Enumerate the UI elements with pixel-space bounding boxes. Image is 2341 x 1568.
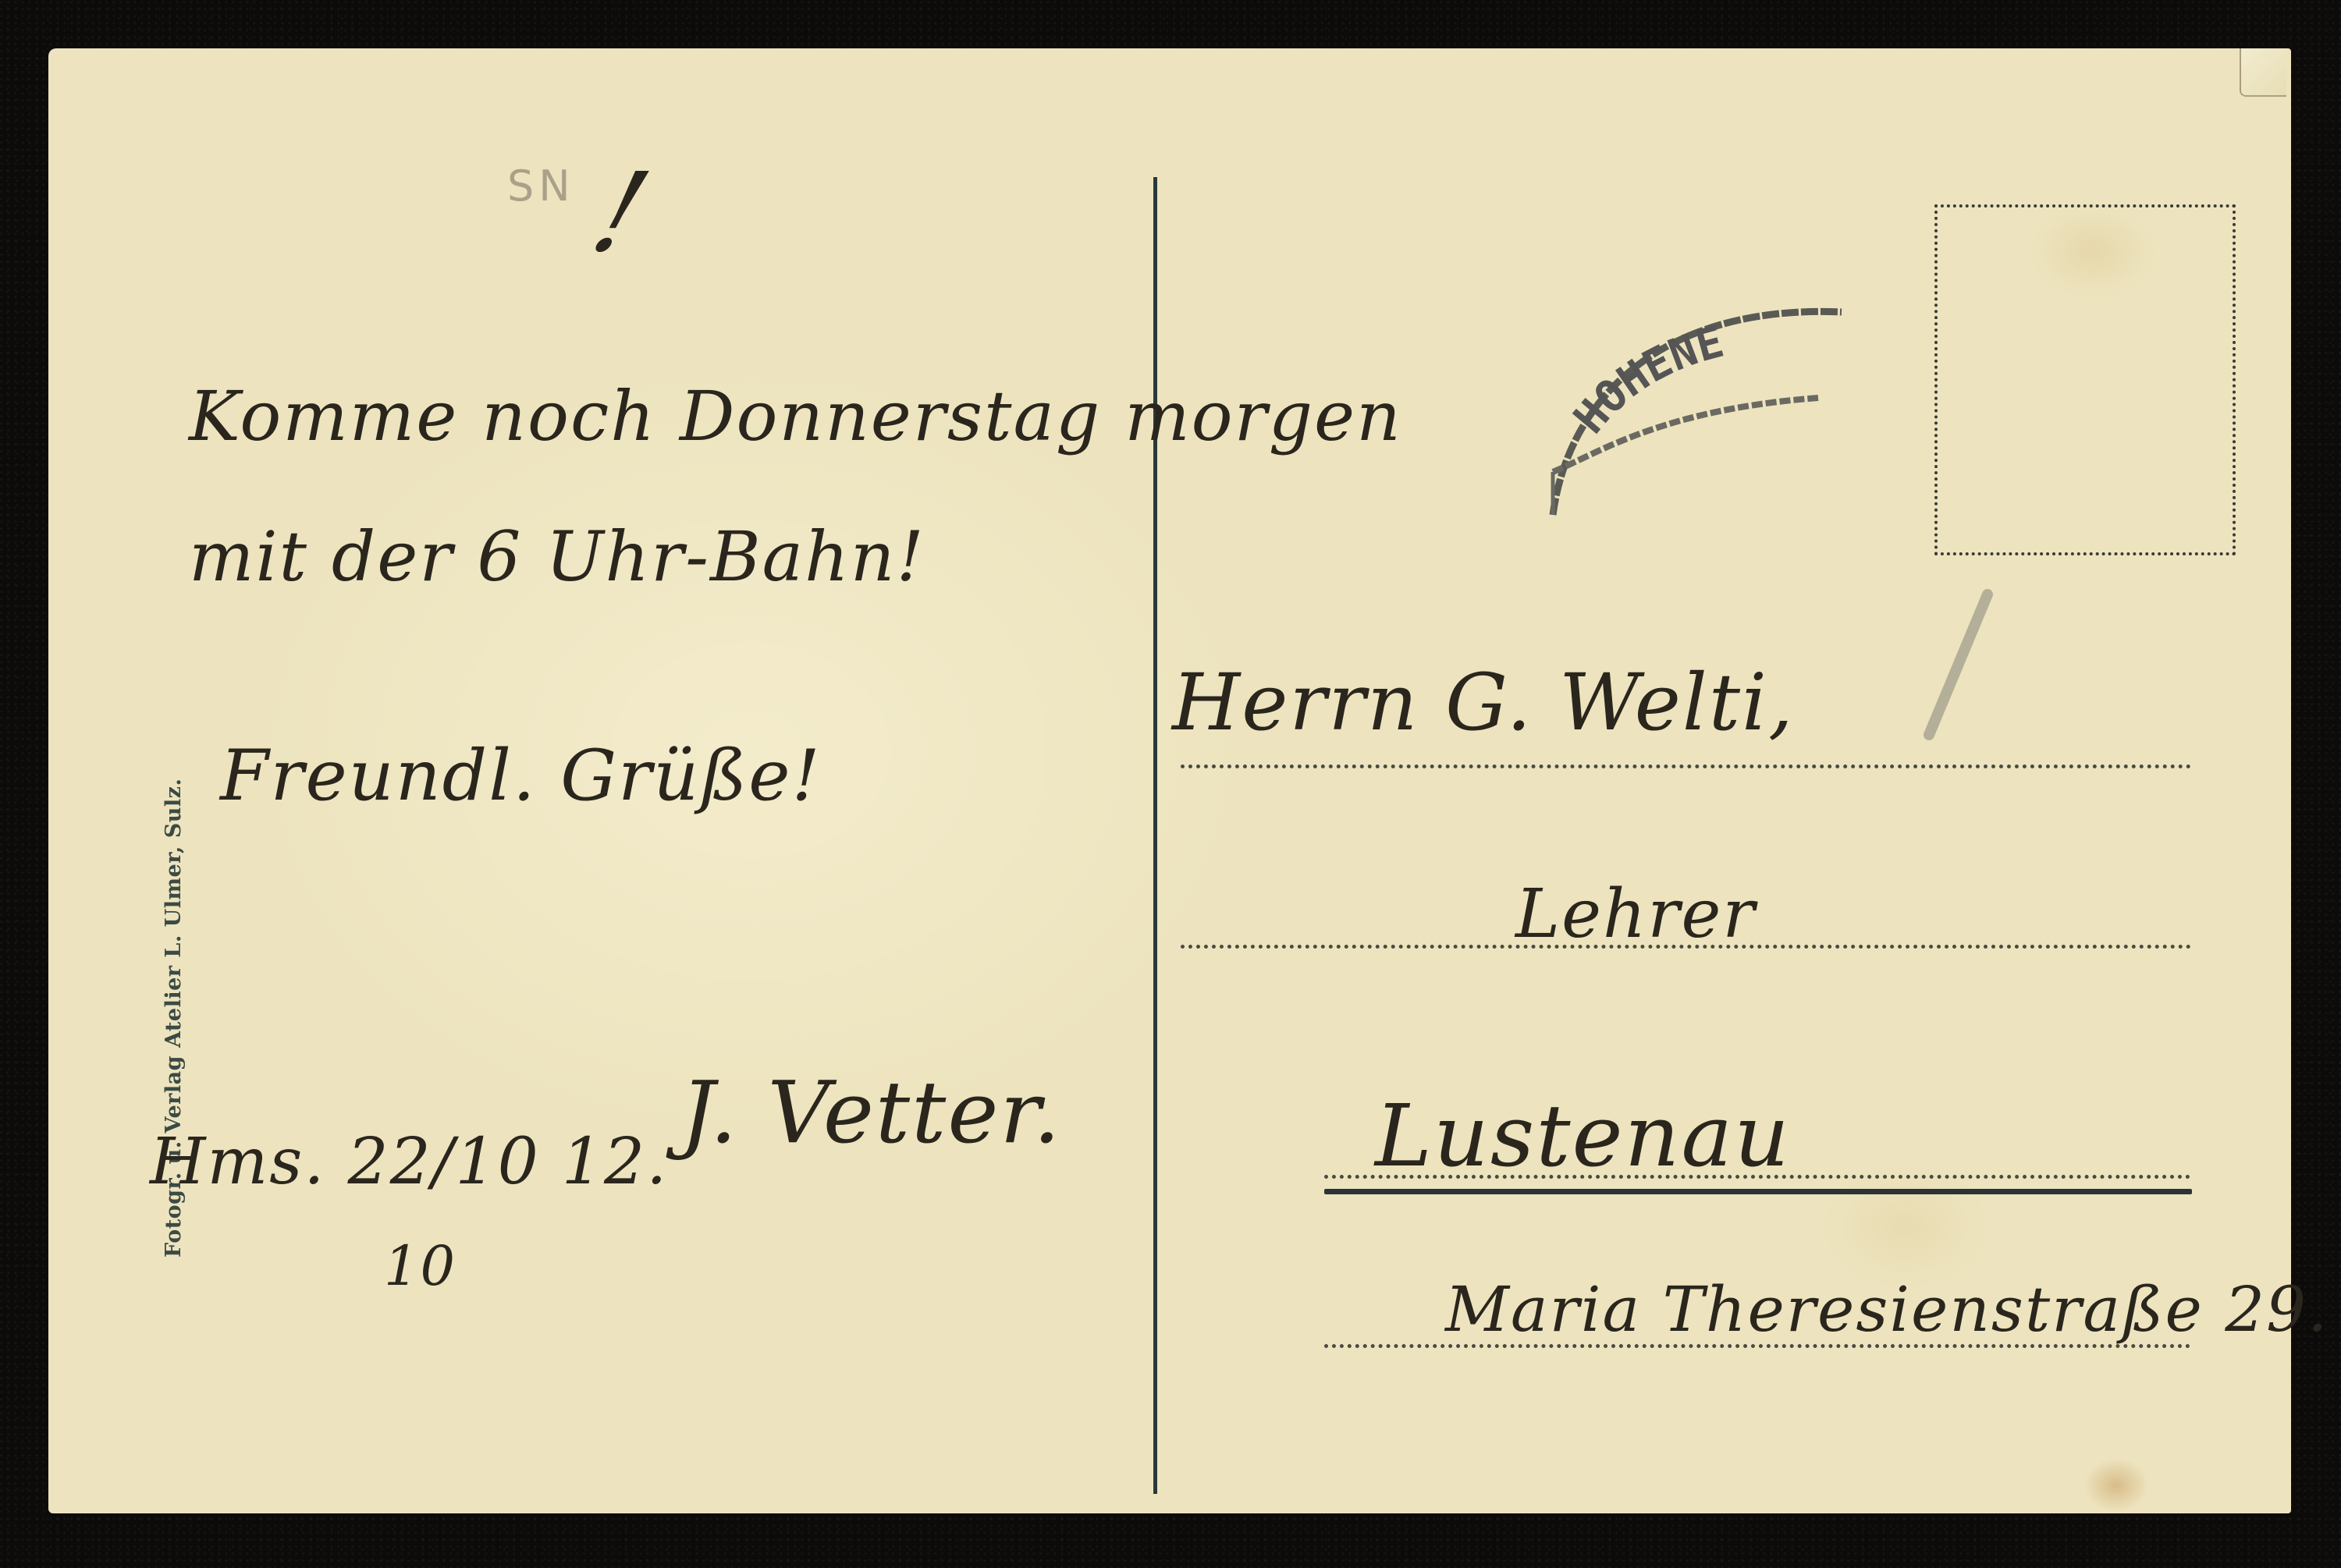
signature: J. Vetter.	[680, 1062, 1062, 1162]
postmark-stamp: HOHENE	[1529, 281, 1873, 530]
message-line-1: Komme noch Donnerstag morgen	[189, 376, 1402, 456]
stamp-placeholder-box	[1934, 204, 2236, 555]
folded-corner	[2240, 48, 2286, 97]
greeting: Freundl. Grüße!	[220, 735, 822, 817]
postcard-back: Fotogr. u. Verlag Atelier L. Ulmer, Sulz…	[48, 48, 2291, 1513]
recipient-city: Lustenau	[1375, 1086, 1791, 1186]
recipient-street: Maria Theresienstraße 29.	[1445, 1273, 2329, 1346]
exclamation-mark: !	[578, 150, 665, 277]
pencil-stroke	[1913, 587, 2007, 743]
address-city-underline	[1324, 1189, 2192, 1194]
postmark-text: HOHENE	[1565, 317, 1729, 443]
place-and-date: Hms. 22/10 12.	[150, 1125, 668, 1199]
center-divider-line	[1153, 177, 1157, 1494]
recipient-name: Herrn G. Welti,	[1172, 657, 1795, 748]
message-line-2: mit der 6 Uhr-Bahn!	[189, 516, 925, 597]
date-month: 10	[384, 1234, 456, 1298]
address-line-1	[1181, 764, 2191, 768]
recipient-occupation: Lehrer	[1515, 875, 1757, 953]
postmark-fragment: SN	[507, 161, 575, 211]
